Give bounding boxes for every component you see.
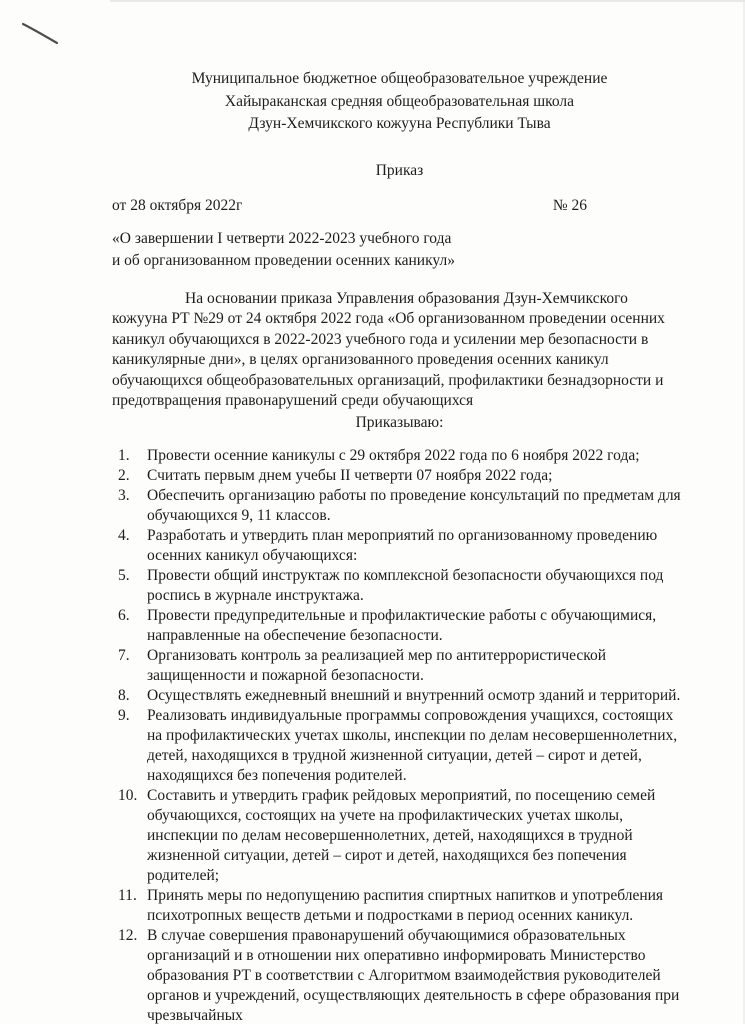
- document-type-title: Приказ: [112, 161, 687, 181]
- order-item-7: Организовать контроль за реализацией мер…: [147, 646, 687, 686]
- preamble-paragraph: На основании приказа Управления образова…: [112, 289, 687, 412]
- order-date: от 28 октября 2022г: [112, 196, 242, 216]
- org-line-3: Дзун-Хемчикского кожууна Республики Тыва: [112, 113, 687, 136]
- scanned-order-document: Муниципальное бюджетное общеобразователь…: [0, 0, 745, 1024]
- order-item-1: Провести осенние каникулы с 29 октября 2…: [147, 446, 687, 466]
- order-item-4: Разработать и утвердить план мероприятий…: [147, 526, 687, 566]
- date-number-row: от 28 октября 2022г № 26: [112, 196, 687, 216]
- order-item-11: Принять меры по недопущению распития спи…: [147, 886, 687, 926]
- order-item-6: Провести предупредительные и профилактич…: [147, 606, 687, 646]
- org-line-2: Хайыраканская средняя общеобразовательна…: [112, 91, 687, 114]
- order-item-2: Считать первым днем учебы II четверти 07…: [147, 466, 687, 486]
- order-item-3: Обеспечить организацию работы по проведе…: [147, 486, 687, 526]
- order-number: № 26: [553, 196, 587, 216]
- directive-heading: Приказываю:: [112, 413, 687, 433]
- org-header: Муниципальное бюджетное общеобразователь…: [112, 68, 687, 136]
- order-item-8: Осуществлять ежедневный внешний и внутре…: [147, 686, 687, 706]
- order-item-5: Провести общий инструктаж по комплексной…: [147, 566, 687, 606]
- subject-line-1: «О завершении I четверти 2022-2023 учебн…: [112, 228, 687, 250]
- org-line-1: Муниципальное бюджетное общеобразователь…: [112, 68, 687, 91]
- order-item-10: Составить и утвердить график рейдовых ме…: [147, 786, 687, 886]
- order-item-9: Реализовать индивидуальные программы соп…: [147, 706, 687, 786]
- order-item-12: В случае совершения правонарушений обуча…: [147, 926, 687, 1024]
- order-subject: «О завершении I четверти 2022-2023 учебн…: [112, 228, 687, 272]
- subject-line-2: и об организованном проведении осенних к…: [112, 250, 687, 272]
- order-items-list: Провести осенние каникулы с 29 октября 2…: [112, 446, 687, 1024]
